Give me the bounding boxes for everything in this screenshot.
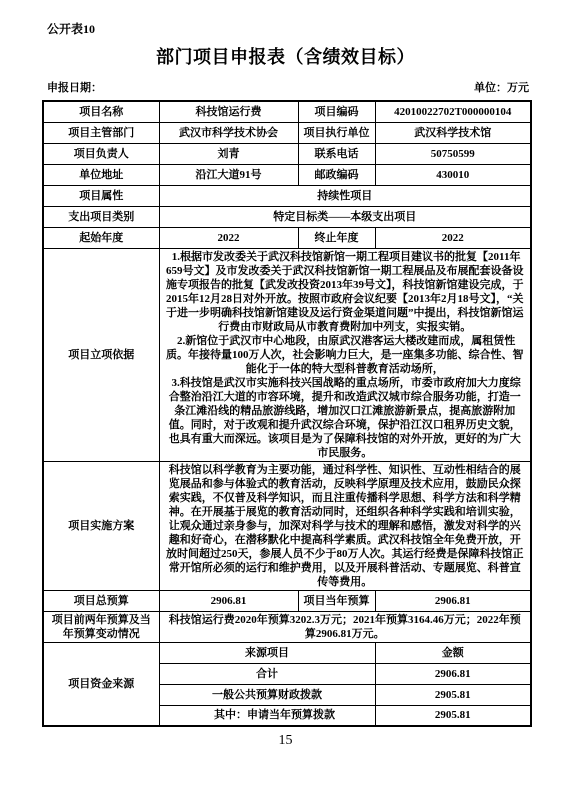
row-funding-header: 项目资金来源 来源项目 金额 (43, 642, 531, 663)
row-department-executor: 项目主管部门 武汉市科学技术协会 项目执行单位 武汉科学技术馆 (43, 122, 531, 143)
project-name-label: 项目名称 (43, 101, 159, 122)
project-declaration-table: 项目名称 科技馆运行费 项目编码 42010022702T000000104 项… (42, 100, 532, 727)
budget-change-value: 科技馆运行费2020年预算3202.3万元；2021年预算3164.46万元；2… (159, 611, 531, 642)
current-budget-value: 2906.81 (375, 590, 531, 611)
executor-value: 武汉科学技术馆 (375, 122, 531, 143)
postcode-label: 邮政编码 (298, 164, 375, 185)
row-leader-phone: 项目负责人 刘青 联系电话 50750599 (43, 143, 531, 164)
funding-amount-header: 金额 (375, 642, 531, 663)
basis-value: 1.根据市发改委关于武汉科技馆新馆一期工程项目建议书的批复【2011年659号文… (159, 248, 531, 461)
funding-amount-general: 2905.81 (375, 684, 531, 705)
form-tag: 公开表10 (47, 22, 571, 37)
funding-amount-current: 2905.81 (375, 705, 531, 726)
funding-source-general: 一般公共预算财政拨款 (159, 684, 375, 705)
attribute-label: 项目属性 (43, 185, 159, 206)
row-basis: 项目立项依据 1.根据市发改委关于武汉科技馆新馆一期工程项目建议书的批复【201… (43, 248, 531, 461)
address-label: 单位地址 (43, 164, 159, 185)
executor-label: 项目执行单位 (298, 122, 375, 143)
start-year-label: 起始年度 (43, 227, 159, 248)
document-page: 公开表10 部门项目申报表（含绩效目标） 申报日期： 单位：万元 项目名称 科技… (0, 0, 571, 791)
address-value: 沿江大道91号 (159, 164, 298, 185)
basis-label: 项目立项依据 (43, 248, 159, 461)
leader-value: 刘青 (159, 143, 298, 164)
funding-source-current: 其中：申请当年预算拨款 (159, 705, 375, 726)
expense-category-value: 特定目标类——本级支出项目 (159, 206, 531, 227)
phone-value: 50750599 (375, 143, 531, 164)
row-address-postcode: 单位地址 沿江大道91号 邮政编码 430010 (43, 164, 531, 185)
project-code-value: 42010022702T000000104 (375, 101, 531, 122)
plan-label: 项目实施方案 (43, 461, 159, 590)
row-years: 起始年度 2022 终止年度 2022 (43, 227, 531, 248)
postcode-value: 430010 (375, 164, 531, 185)
funding-source-header: 来源项目 (159, 642, 375, 663)
project-code-label: 项目编码 (298, 101, 375, 122)
row-project-name-code: 项目名称 科技馆运行费 项目编码 42010022702T000000104 (43, 101, 531, 122)
attribute-value: 持续性项目 (159, 185, 531, 206)
department-value: 武汉市科学技术协会 (159, 122, 298, 143)
unit-label: 单位：万元 (474, 81, 529, 96)
total-budget-value: 2906.81 (159, 590, 298, 611)
leader-label: 项目负责人 (43, 143, 159, 164)
start-year-value: 2022 (159, 227, 298, 248)
department-label: 项目主管部门 (43, 122, 159, 143)
funding-amount-total: 2906.81 (375, 663, 531, 684)
row-budget-change: 项目前两年预算及当年预算变动情况 科技馆运行费2020年预算3202.3万元；2… (43, 611, 531, 642)
project-name-value: 科技馆运行费 (159, 101, 298, 122)
total-budget-label: 项目总预算 (43, 590, 159, 611)
row-expense-category: 支出项目类别 特定目标类——本级支出项目 (43, 206, 531, 227)
subheader-row: 申报日期： 单位：万元 (47, 81, 529, 96)
declare-date-label: 申报日期： (47, 81, 102, 96)
row-attribute: 项目属性 持续性项目 (43, 185, 531, 206)
page-number: 15 (0, 732, 571, 749)
funding-source-total: 合计 (159, 663, 375, 684)
expense-category-label: 支出项目类别 (43, 206, 159, 227)
current-budget-label: 项目当年预算 (298, 590, 375, 611)
end-year-value: 2022 (375, 227, 531, 248)
phone-label: 联系电话 (298, 143, 375, 164)
budget-change-label: 项目前两年预算及当年预算变动情况 (43, 611, 159, 642)
page-title: 部门项目申报表（含绩效目标） (0, 45, 571, 69)
plan-value: 科技馆以科学教育为主要功能，通过科学性、知识性、互动性相结合的展览展品和参与体验… (159, 461, 531, 590)
funding-label: 项目资金来源 (43, 642, 159, 726)
row-plan: 项目实施方案 科技馆以科学教育为主要功能，通过科学性、知识性、互动性相结合的展览… (43, 461, 531, 590)
row-budget: 项目总预算 2906.81 项目当年预算 2906.81 (43, 590, 531, 611)
end-year-label: 终止年度 (298, 227, 375, 248)
